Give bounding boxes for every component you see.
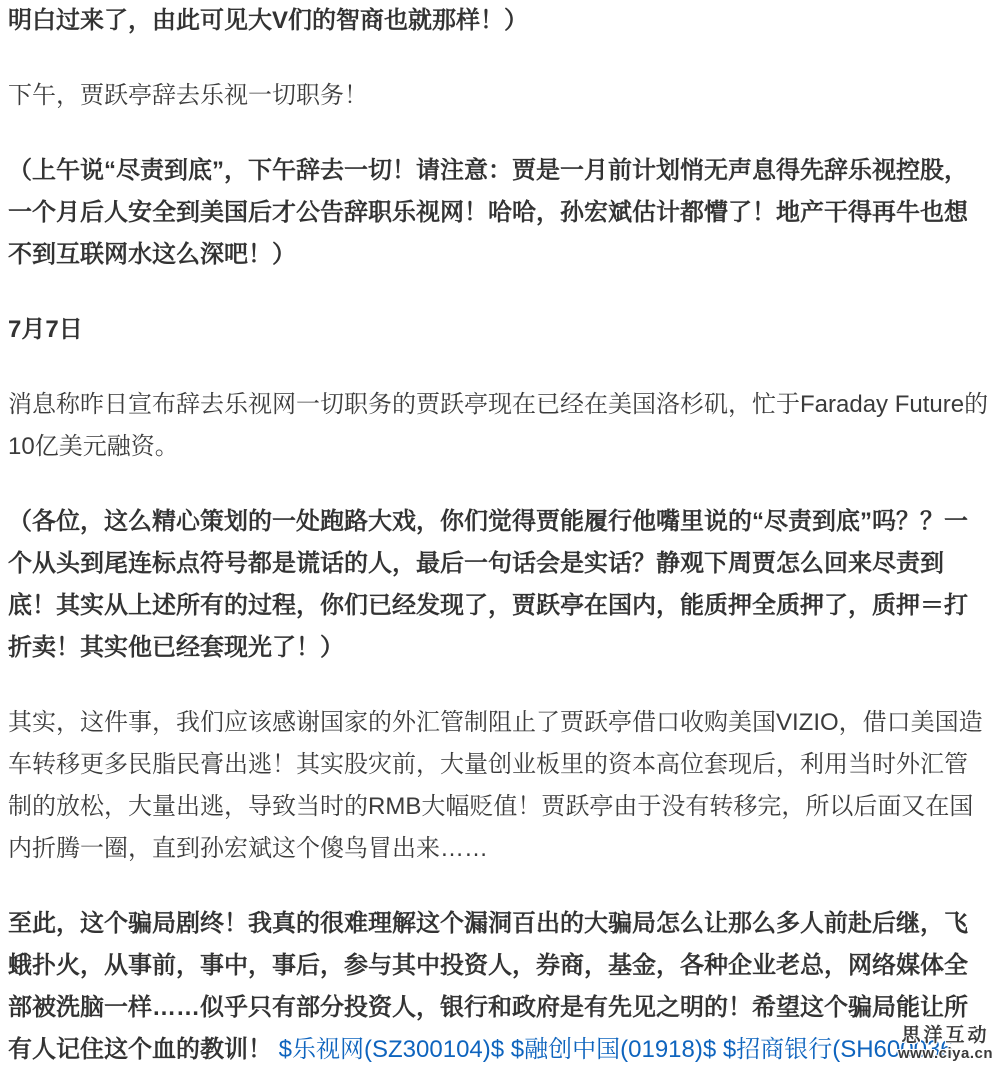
paragraph-commentary: （各位，这么精心策划的一处跑路大戏，你们觉得贾能履行他嘴里说的“尽责到底”吗？？… [8,501,989,669]
paragraph-commentary: （上午说“尽责到底”，下午辞去一切！请注意：贾是一月前计划悄无声息得先辞乐视控股… [8,150,989,276]
paragraph: 消息称昨日宣布辞去乐视网一切职务的贾跃亭现在已经在美国洛杉矶，忙于Faraday… [8,384,989,468]
article-page: { "page": { "background": "#ffffff", "te… [0,0,997,1066]
paragraph-tail: 明白过来了，由此可见大V们的智商也就那样！） [8,0,989,42]
article-body: 明白过来了，由此可见大V们的智商也就那样！） 下午，贾跃亭辞去乐视一切职务！ （… [0,0,997,1066]
paragraph-date-heading: 7月7日 [8,309,989,351]
stock-link-leshi[interactable]: $乐视网(SZ300104)$ [279,1036,504,1063]
watermark: 思洋互动 www.ciya.cn [898,1026,993,1062]
paragraph-conclusion: 至此，这个骗局剧终！我真的很难理解这个漏洞百出的大骗局怎么让那么多人前赴后继，飞… [8,903,989,1066]
watermark-brand: 思洋互动 [898,1026,993,1046]
watermark-url: www.ciya.cn [898,1046,993,1063]
paragraph: 下午，贾跃亭辞去乐视一切职务！ [8,75,989,117]
paragraph: 其实，这件事，我们应该感谢国家的外汇管制阻止了贾跃亭借口收购美国VIZIO，借口… [8,702,989,870]
stock-link-rongchuang[interactable]: $融创中国(01918)$ [511,1036,716,1063]
